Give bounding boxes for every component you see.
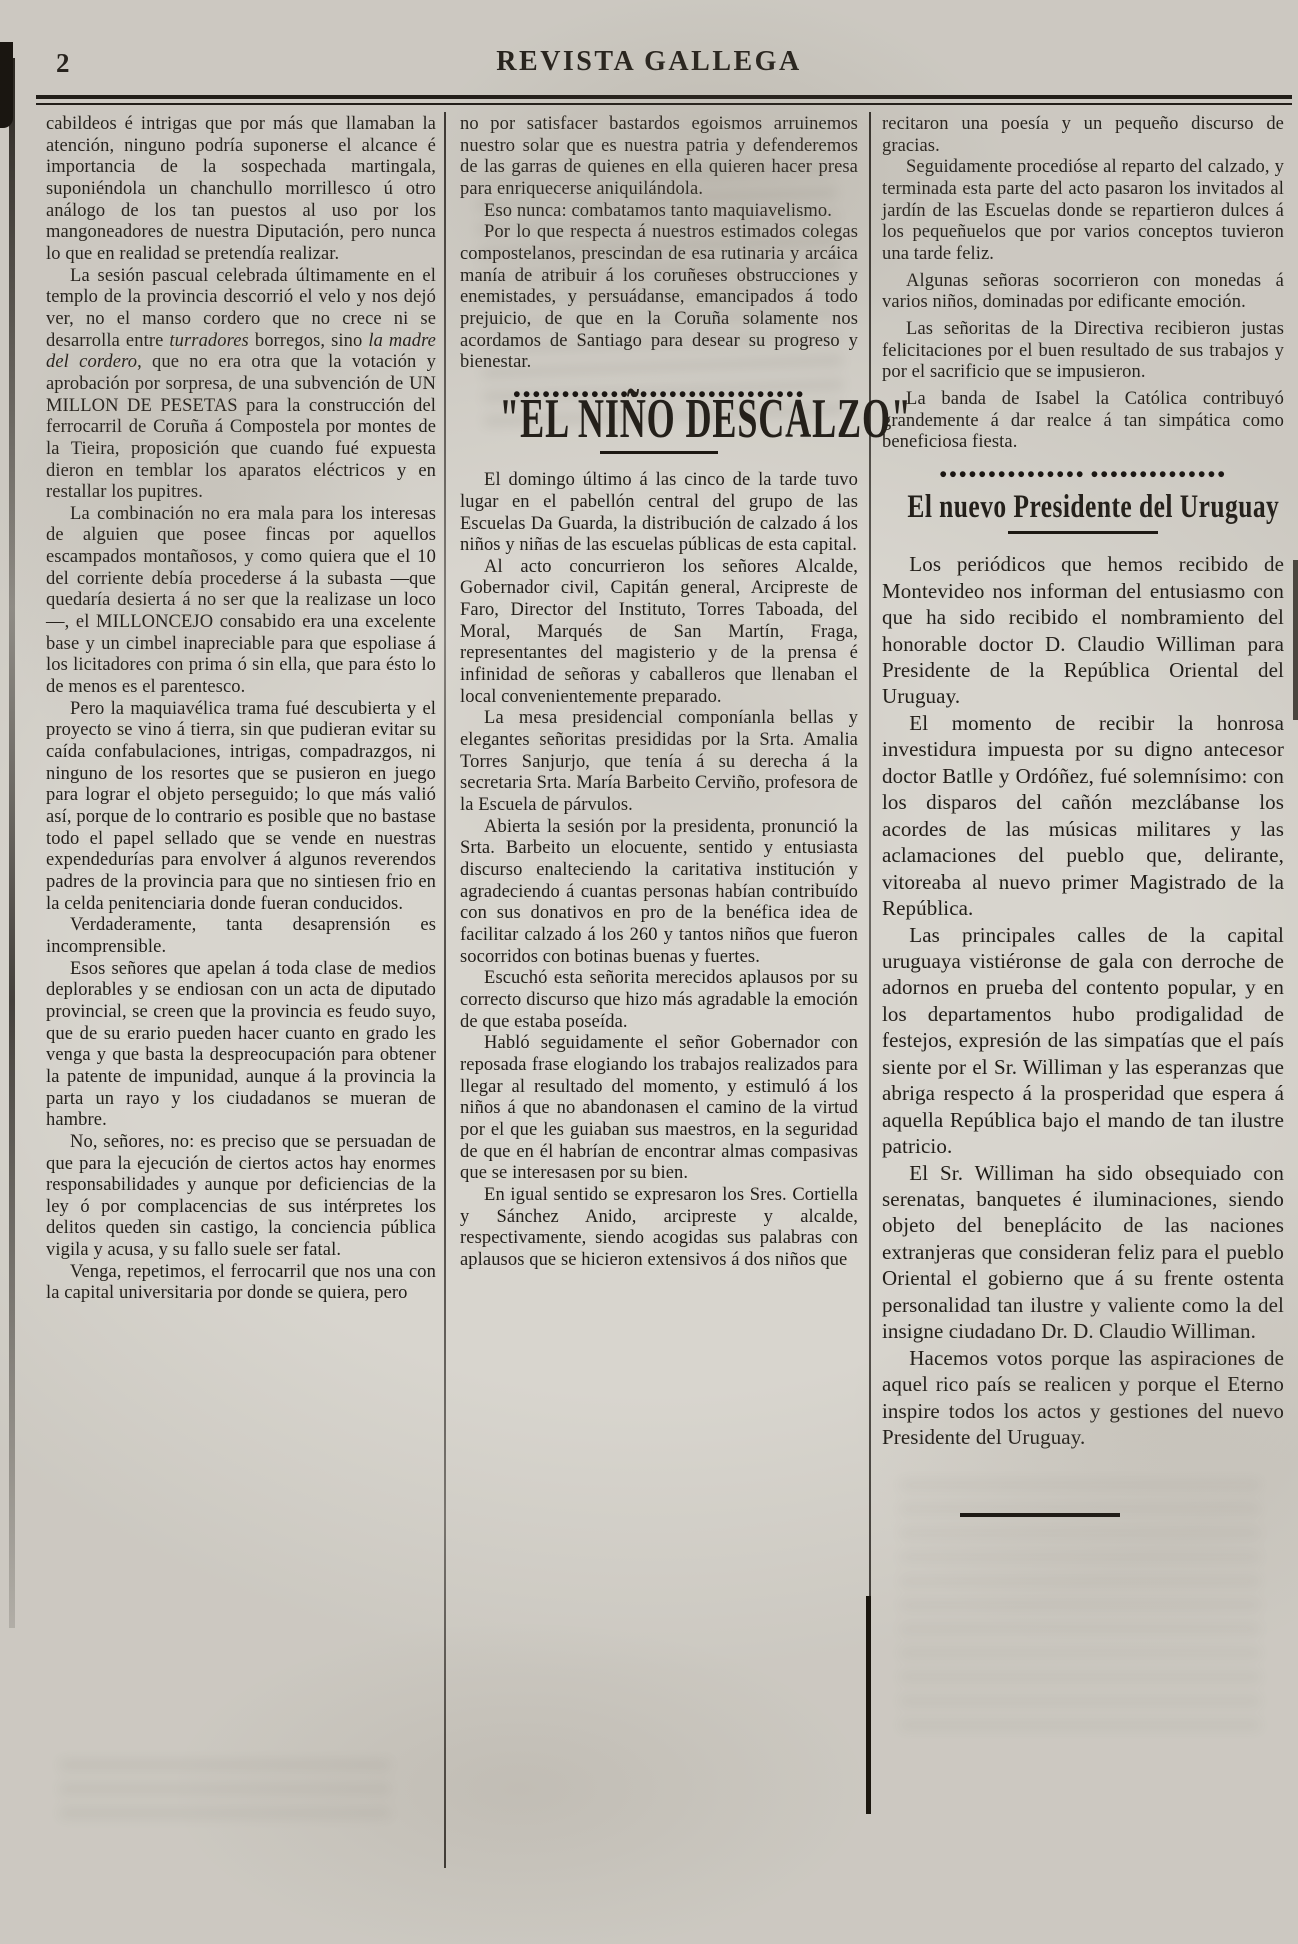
scan-ghost-smudge <box>900 1480 1260 1740</box>
paragraph: Los periódicos que hemos recibido de Mon… <box>882 551 1284 710</box>
paragraph: no por satisfacer bastardos egoismos arr… <box>460 114 858 201</box>
paragraph: Hacemos votos porque las aspiraciones de… <box>882 1345 1284 1451</box>
paragraph: recitaron una poesía y un pequeño discur… <box>882 114 1284 157</box>
article-title-text: "EL NIÑO DESCALZO" <box>499 405 912 433</box>
paragraph-segment: , que no era otra que la votación y apro… <box>46 352 436 502</box>
uruguay-article-body: Los periódicos que hemos recibido de Mon… <box>882 551 1284 1450</box>
right-column: recitaron una poesía y un pequeño discur… <box>882 114 1284 1517</box>
newspaper-page: 2 REVISTA GALLEGA cabildeos é intrigas q… <box>0 0 1298 1944</box>
paragraph: Escuchó esta señorita merecidos aplausos… <box>460 968 858 1033</box>
paragraph: Esos señores que apelan á toda clase de … <box>46 959 436 1132</box>
scan-ghost-smudge <box>60 1760 390 1830</box>
article-title-nuevo-presidente: El nuevo Presidente del Uruguay <box>882 497 1284 523</box>
paragraph: Por lo que respecta á nuestros estimados… <box>460 222 858 374</box>
headline-rule <box>600 451 718 454</box>
paragraph: Abierta la sesión por la presidenta, pro… <box>460 817 858 969</box>
middle-column: no por satisfacer bastardos egoismos arr… <box>460 114 858 1271</box>
paragraph: Habló seguidamente el señor Gobernador c… <box>460 1033 858 1185</box>
paragraph-segment: borregos, sino <box>249 331 368 351</box>
paragraph: Pero la maquiavélica trama fué descubier… <box>46 699 436 916</box>
article-title-text: El nuevo Presidente del Uruguay <box>907 495 1279 519</box>
article-title-nino-descalzo: "EL NIÑO DESCALZO" <box>460 409 858 440</box>
paragraph: Verdaderamente, tanta desaprensión es in… <box>46 915 436 958</box>
paragraph: El Sr. Williman ha sido obsequiado con s… <box>882 1160 1284 1345</box>
paragraph: La mesa presidencial componíanla bellas … <box>460 708 858 816</box>
paragraph: El domingo último á las cinco de la tard… <box>460 470 858 557</box>
paragraph-segment-italic: turradores <box>169 331 248 351</box>
paragraph: cabildeos é intrigas que por más que lla… <box>46 114 436 266</box>
paragraph: La sesión pascual celebrada últimamente … <box>46 266 436 504</box>
headline-rule <box>1008 531 1158 534</box>
paragraph: Las principales calles de la capital uru… <box>882 922 1284 1160</box>
separator-ornament: ●●●●●●●●●●●●●●● ●●●●●●●●●●●●●● <box>882 463 1284 485</box>
column-divider-heavy-segment <box>866 1596 871 1814</box>
column-divider <box>869 112 871 1812</box>
paragraph: En igual sentido se expresaron los Sres.… <box>460 1185 858 1272</box>
paragraph: No, señores, no: es preciso que se persu… <box>46 1132 436 1262</box>
paragraph: La banda de Isabel la Católica contribuy… <box>882 389 1284 454</box>
paragraph: Las señoritas de la Directiva recibieron… <box>882 319 1284 384</box>
masthead: REVISTA GALLEGA <box>0 46 1298 78</box>
paragraph: Al acto concurrieron los señores Alcalde… <box>460 557 858 709</box>
paragraph: La combinación no era mala para los inte… <box>46 504 436 699</box>
scan-artifact-right-edge <box>1293 560 1298 720</box>
paragraph: Algunas señoras socorrieron con monedas … <box>882 271 1284 314</box>
paragraph: Eso nunca: combatamos tanto maquiavelism… <box>460 201 858 223</box>
header-rule <box>36 95 1292 105</box>
end-of-article-rule <box>960 1513 1120 1517</box>
paragraph: Seguidamente procedióse al reparto del c… <box>882 157 1284 265</box>
left-column: cabildeos é intrigas que por más que lla… <box>46 114 436 1305</box>
paragraph: El momento de recibir la honrosa investi… <box>882 710 1284 922</box>
paragraph: Venga, repetimos, el ferrocarril que nos… <box>46 1262 436 1305</box>
column-divider <box>444 112 446 1868</box>
scan-artifact-left-edge <box>9 58 15 1628</box>
